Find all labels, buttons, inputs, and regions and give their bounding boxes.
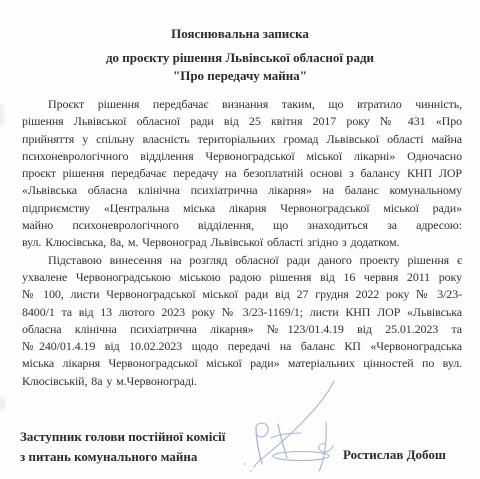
text-line: прийняття у спільну власність територіал…: [22, 131, 462, 148]
handwritten-signature-icon: [230, 372, 360, 479]
paragraph-2: Підставою винесення на розгляд обласної …: [22, 252, 462, 390]
signatory-position-line1: Заступник голови постійної комісії: [20, 427, 225, 447]
document-title: Пояснювальна записка: [0, 26, 480, 41]
signatory-position: Заступник голови постійної комісії з пит…: [20, 427, 225, 466]
signature-stroke-p-loop: [256, 423, 268, 437]
signature-ink-dot: [250, 470, 252, 472]
signature-stroke-p-stem: [256, 427, 262, 464]
text-line: підприємству «Центральна міська лікарня …: [22, 200, 462, 217]
text-line: «Львівська обласна клінічна психіатрична…: [22, 182, 462, 199]
signature-ink-dot: [244, 463, 246, 465]
text-line: рішення Львівської обласної ради від 25 …: [22, 113, 462, 130]
scan-smudge: [0, 397, 4, 410]
signatory-name: Ростислав Добош: [343, 447, 446, 463]
text-line: 8400/1 та від 13 лютого 2023 року № 3/23…: [22, 304, 462, 321]
document-subtitle: до проєкту рішення Львівської обласної р…: [0, 49, 480, 67]
document-title-block: Пояснювальна записка до проєкту рішення …: [0, 26, 480, 85]
text-line: №240/01.4.19 від 10.02.2023 щодо передач…: [22, 338, 462, 355]
text-line: Підставою винесення на розгляд обласної …: [22, 252, 462, 269]
scanned-document-page: Пояснювальна записка до проєкту рішення …: [0, 0, 480, 479]
document-body: Проєкт рішення передбачає визнання таким…: [22, 96, 462, 390]
paragraph-1: Проєкт рішення передбачає визнання таким…: [22, 96, 462, 252]
text-line: ухвалене Червоноградською міською радою …: [22, 269, 462, 286]
scan-smudge: [0, 104, 3, 126]
text-line: обласна клінічна психіатрична лікарня» №…: [22, 321, 462, 338]
text-line: психоневрологічного відділення Червоногр…: [22, 148, 462, 165]
document-subtitle-quoted: "Про передачу майна": [0, 67, 480, 85]
signature-stroke-right-vertical: [319, 422, 326, 471]
signatory-position-line2: з питань комунального майна: [20, 447, 225, 467]
text-line: проєкт рішення передбачає передачу на бе…: [22, 165, 462, 182]
text-line: Проєкт рішення передбачає визнання таким…: [22, 96, 462, 113]
text-line: майно психоневрологічного відділення, що…: [22, 217, 462, 234]
signature-stroke-crossbar: [271, 433, 301, 438]
text-line: вул. Клюсівська, 8а, м. Червоноград Льві…: [22, 234, 462, 251]
text-line: № 100, листи Червоноградської міської ра…: [22, 286, 462, 303]
signature-stroke-ellipse: [273, 452, 329, 461]
text-line: міська лікарня Червоноградської міської …: [22, 355, 462, 372]
